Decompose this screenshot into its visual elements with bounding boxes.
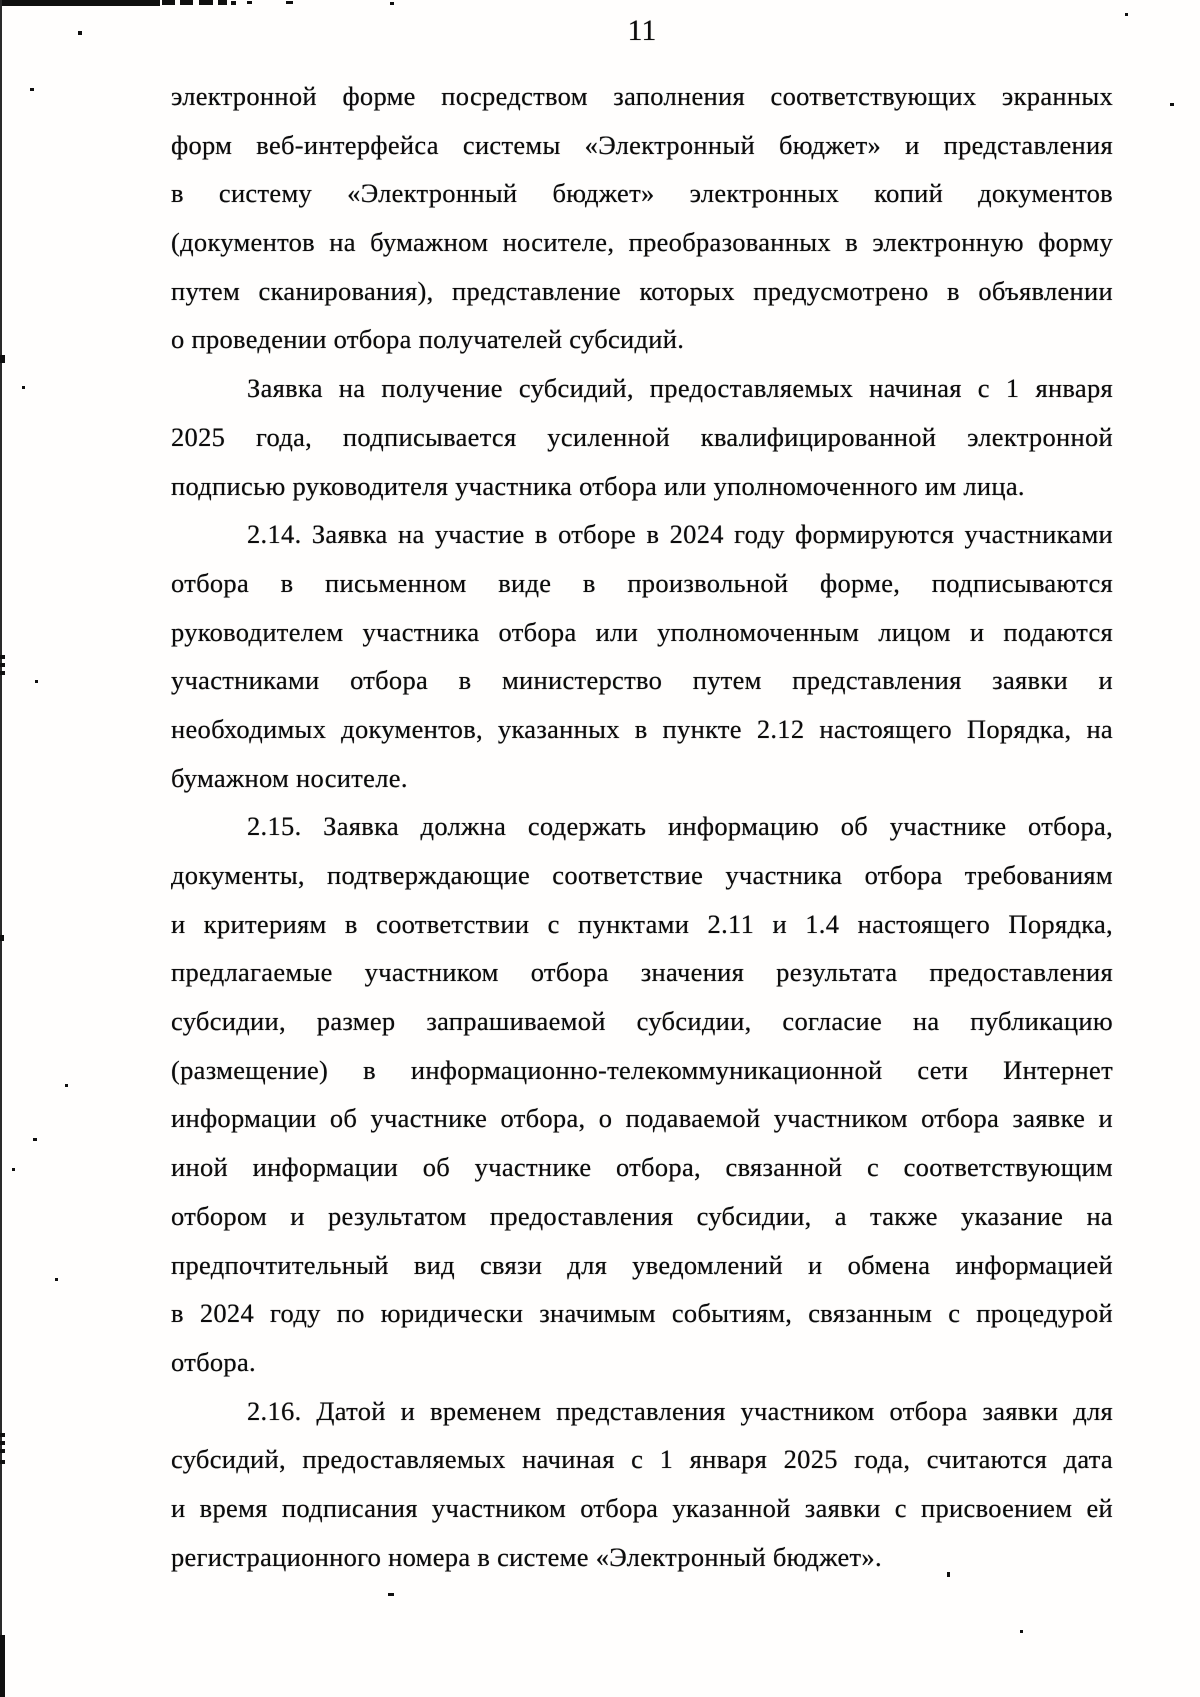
text-line: бумажном носителе. [171, 754, 1113, 803]
text-line: предлагаемые участником отбора значения … [171, 948, 1113, 997]
scan-artifact-speck [1170, 103, 1174, 106]
scan-artifact-tick [0, 1449, 5, 1453]
scan-artifact-tick [0, 1441, 5, 1445]
text-line: Заявка на получение субсидий, предоставл… [171, 364, 1113, 413]
text-line: 2.14. Заявка на участие в отборе в 2024 … [171, 510, 1113, 559]
scan-artifact-dash [162, 0, 175, 5]
scan-artifact-tick [0, 355, 5, 363]
scan-artifact-tick [0, 935, 4, 941]
text-line: участниками отбора в министерство путем … [171, 656, 1113, 705]
scan-artifact-speck [12, 1168, 15, 1171]
text-line: документы, подтверждающие соответствие у… [171, 851, 1113, 900]
scan-artifact-tick [0, 1460, 5, 1464]
scan-artifact-tick [0, 663, 5, 667]
text-line: форм веб-интерфейса системы «Электронный… [171, 121, 1113, 170]
scan-artifact-speck [286, 1, 293, 4]
text-line: отбора в письменном виде в произвольной … [171, 559, 1113, 608]
text-line: информации об участнике отбора, о подава… [171, 1094, 1113, 1143]
text-line: 2.15. Заявка должна содержать информацию… [171, 802, 1113, 851]
text-line: и критериям в соответствии с пунктами 2.… [171, 900, 1113, 949]
text-line: 2.16. Датой и временем представления уча… [171, 1387, 1113, 1436]
scan-artifact-speck [55, 1278, 58, 1281]
document-body-text: электронной форме посредством заполнения… [171, 72, 1113, 1581]
scan-artifact-dash [199, 0, 213, 5]
scan-artifact-edge-blotch [0, 1635, 5, 1697]
scan-artifact-tick [0, 1433, 5, 1437]
scan-artifact-speck [22, 386, 25, 389]
scan-artifact-speck [388, 1593, 394, 1596]
text-line: путем сканирования), представление котор… [171, 267, 1113, 316]
text-line: иной информации об участнике отбора, свя… [171, 1143, 1113, 1192]
scan-artifact-speck [390, 2, 394, 5]
scan-artifact-dash [180, 0, 193, 5]
text-line: (размещение) в информационно-телекоммуни… [171, 1046, 1113, 1095]
text-line: отбором и результатом предоставления суб… [171, 1192, 1113, 1241]
scan-artifact-speck [65, 1084, 68, 1087]
scan-artifact-speck [35, 680, 38, 683]
text-line: в 2024 году по юридически значимым событ… [171, 1289, 1113, 1338]
scan-artifact-tick [0, 655, 5, 659]
scan-artifact-speck [78, 31, 82, 35]
text-line: отбора. [171, 1338, 1113, 1387]
text-line: руководителем участника отбора или уполн… [171, 608, 1113, 657]
scan-artifact-speck [947, 1572, 950, 1577]
text-line: и время подписания участником отбора ука… [171, 1484, 1113, 1533]
text-line: субсидии, размер запрашиваемой субсидии,… [171, 997, 1113, 1046]
text-line: субсидий, предоставляемых начиная с 1 ян… [171, 1435, 1113, 1484]
scan-artifact-speck [1020, 1630, 1023, 1633]
scan-artifact-dash [218, 0, 227, 5]
text-line: (документов на бумажном носителе, преобр… [171, 218, 1113, 267]
scan-artifact-speck [231, 1, 236, 5]
scan-artifact-speck [33, 1138, 37, 1141]
scan-artifact-speck [30, 88, 34, 91]
text-line: предпочтительный вид связи для уведомлен… [171, 1241, 1113, 1290]
scan-artifact-speck [1125, 13, 1128, 16]
text-line: необходимых документов, указанных в пунк… [171, 705, 1113, 754]
text-line: в систему «Электронный бюджет» электронн… [171, 169, 1113, 218]
text-line: 2025 года, подписывается усиленной квали… [171, 413, 1113, 462]
scan-artifact-speck [247, 1, 252, 4]
scan-artifact-top-bar [0, 0, 160, 6]
text-line: электронной форме посредством заполнения… [171, 72, 1113, 121]
page-number: 11 [171, 14, 1113, 48]
scan-artifact-tick [0, 671, 5, 675]
text-line: подписью руководителя участника отбора и… [171, 462, 1113, 511]
text-line: регистрационного номера в системе «Элект… [171, 1533, 1113, 1582]
text-line: о проведении отбора получателей субсидий… [171, 315, 1113, 364]
document-page: 11 электронной форме посредством заполне… [0, 0, 1200, 1697]
